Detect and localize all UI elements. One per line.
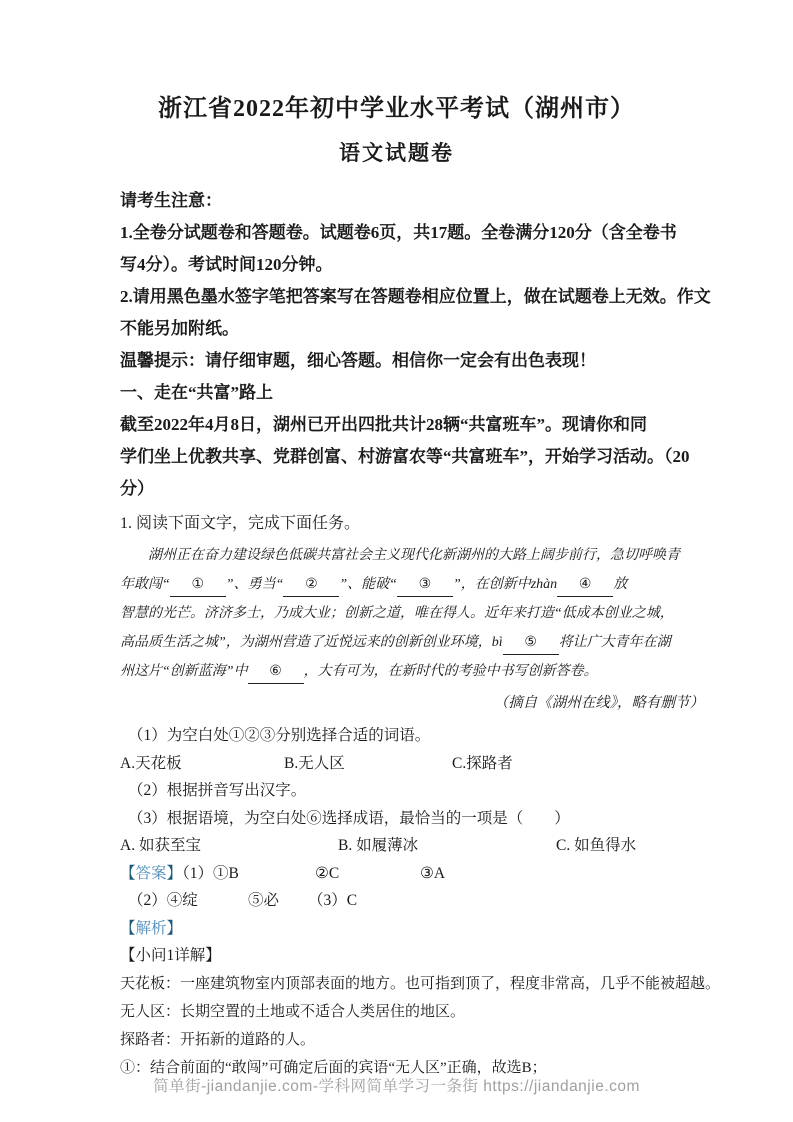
section-heading: 一、走在“共富”路上: [120, 377, 704, 409]
document-body: 请考生注意： 1.全卷分试题卷和答题卷。试题卷6页，共17题。全卷满分120分（…: [120, 185, 704, 1082]
notice-item-2-line-2: 不能另加附纸。: [120, 313, 704, 345]
passage-text: 高品质生活之城”，为湖州营造了近悦远来的创新创业环境，bì: [120, 635, 503, 650]
passage-text: 年敢闯“: [120, 577, 170, 592]
analysis-detail-heading: 【小问1详解】: [120, 942, 704, 970]
answer-cell: 【答案】（1）①B: [120, 860, 315, 888]
analysis-line: 天花板：一座建筑物室内顶部表面的地方。也可指到顶了，程度非常高，几乎不能被超越。: [120, 970, 704, 998]
sub-question-3-stem: （3）根据语境，为空白处⑥选择成语，最恰当的一项是（ ）: [120, 805, 704, 833]
option-a: A.天花板: [120, 750, 284, 778]
notice-item-1-line-2: 写4分）。考试时间120分钟。: [120, 249, 704, 281]
page-title: 浙江省2022年初中学业水平考试（湖州市）: [0, 88, 793, 123]
option-c: C.探路者: [452, 750, 513, 778]
passage-text: 将让广大青年在湖: [559, 635, 671, 650]
answer-bracket-close: 】: [167, 865, 183, 882]
sub-question-3-options: A. 如获至宝 B. 如履薄冰 C. 如鱼得水: [120, 832, 704, 860]
passage-line: 州这片“创新蓝海”中⑥，大有可为，在新时代的考验中书写创新答卷。: [120, 657, 704, 686]
analysis-label: 解析: [136, 920, 167, 937]
passage-line: 年敢闯“①”、勇当“②”、能破“③”，在创新中zhàn④放: [120, 570, 704, 599]
sub-question-2-stem: （2）根据拼音写出汉字。: [120, 777, 704, 805]
answer-bracket-open: 【: [120, 865, 136, 882]
answer-value: （1）①B: [182, 865, 239, 882]
passage-text: 湖州正在奋力建设绿色低碳共富社会主义现代化新湖州的大路上阔步前行，急切呼唤青: [148, 548, 680, 563]
exam-document-page: 浙江省2022年初中学业水平考试（湖州市） 语文试题卷 请考生注意： 1.全卷分…: [0, 0, 793, 1122]
answer-line-2: （2）④绽⑤必（3）C: [120, 887, 704, 915]
answer-label: 答案: [136, 865, 167, 882]
analysis-body: 天花板：一座建筑物室内顶部表面的地方。也可指到顶了，程度非常高，几乎不能被超越。…: [120, 970, 704, 1082]
option-a: A. 如获至宝: [120, 832, 338, 860]
answer-value: ③A: [420, 865, 445, 882]
analysis-heading: 【解析】: [120, 915, 704, 943]
passage-text: ”、能破“: [339, 577, 397, 592]
notice-item-1: 1.全卷分试题卷和答题卷。试题卷6页，共17题。全卷满分120分（含全卷书 写4…: [120, 217, 704, 281]
answer-line-1: 【答案】（1）①B②C③A: [120, 860, 704, 888]
blank-field: ②: [283, 574, 339, 597]
blank-field: ③: [397, 574, 453, 597]
sub-question-1-options: A.天花板 B.无人区 C.探路者: [120, 750, 704, 778]
option-c: C. 如鱼得水: [556, 832, 636, 860]
question1-passage: 湖州正在奋力建设绿色低碳共富社会主义现代化新湖州的大路上阔步前行，急切呼唤青年敢…: [120, 541, 704, 686]
page-subtitle: 语文试题卷: [0, 137, 793, 167]
analysis-line: 无人区：长期空置的土地或不适合人类居住的地区。: [120, 998, 704, 1026]
watermark-footer: 简单街-jiandanjie.com-学科网简单学习一条街 https://ji…: [0, 1074, 793, 1096]
notice-heading: 请考生注意：: [120, 185, 704, 217]
question1-source: （摘自《湖州在线》，略有删节）: [120, 688, 704, 718]
notice-item-2: 2.请用黑色墨水签字笔把答案写在答题卷相应位置上，做在试题卷上无效。作文 不能另…: [120, 281, 704, 345]
notice-item-2-line-1: 2.请用黑色墨水签字笔把答案写在答题卷相应位置上，做在试题卷上无效。作文: [120, 281, 704, 313]
section-intro-line-3: 分）: [120, 473, 704, 505]
section-intro: 截至2022年4月8日，湖州已开出四批共计28辆“共富班车”。现请你和同 学们坐…: [120, 409, 704, 505]
question1-stem: 1. 阅读下面文字，完成下面任务。: [120, 509, 704, 539]
blank-field: ④: [557, 574, 613, 597]
option-b: B. 如履薄冰: [338, 832, 556, 860]
passage-text: ”、勇当“: [226, 577, 284, 592]
passage-line: 高品质生活之城”，为湖州营造了近悦远来的创新创业环境，bì⑤将让广大青年在湖: [120, 628, 704, 657]
passage-line: 湖州正在奋力建设绿色低碳共富社会主义现代化新湖州的大路上阔步前行，急切呼唤青: [120, 541, 704, 570]
passage-text: 放: [613, 577, 627, 592]
blank-field: ①: [170, 574, 226, 597]
answer-value: ⑤必: [248, 887, 308, 915]
blank-field: ⑤: [503, 632, 559, 655]
option-b: B.无人区: [284, 750, 452, 778]
section-intro-line-1: 截至2022年4月8日，湖州已开出四批共计28辆“共富班车”。现请你和同: [120, 409, 704, 441]
analysis-bracket-open: 【: [120, 920, 136, 937]
sub-question-1-stem: （1）为空白处①②③分别选择合适的词语。: [120, 722, 704, 750]
blank-field: ⑥: [248, 661, 304, 684]
passage-text: 智慧的光芒。济济多士，乃成大业；创新之道，唯在得人。近年来打造“低成本创业之城，: [120, 606, 674, 621]
answer-value: （2）④绽: [128, 887, 248, 915]
analysis-line: 探路者：开拓新的道路的人。: [120, 1026, 704, 1054]
notice-tip: 温馨提示：请仔细审题，细心答题。相信你一定会有出色表现！: [120, 345, 704, 377]
passage-line: 智慧的光芒。济济多士，乃成大业；创新之道，唯在得人。近年来打造“低成本创业之城，: [120, 599, 704, 628]
passage-text: ”，在创新中zhàn: [453, 577, 557, 592]
section-intro-line-2: 学们坐上优教共享、党群创富、村游富农等“共富班车”，开始学习活动。（20: [120, 441, 704, 473]
answer-value: ②C: [315, 860, 420, 888]
notice-item-1-line-1: 1.全卷分试题卷和答题卷。试题卷6页，共17题。全卷满分120分（含全卷书: [120, 217, 704, 249]
passage-text: ，大有可为，在新时代的考验中书写创新答卷。: [304, 664, 598, 679]
analysis-bracket-close: 】: [167, 920, 183, 937]
passage-text: 州这片“创新蓝海”中: [120, 664, 248, 679]
answer-value: （3）C: [308, 892, 357, 909]
